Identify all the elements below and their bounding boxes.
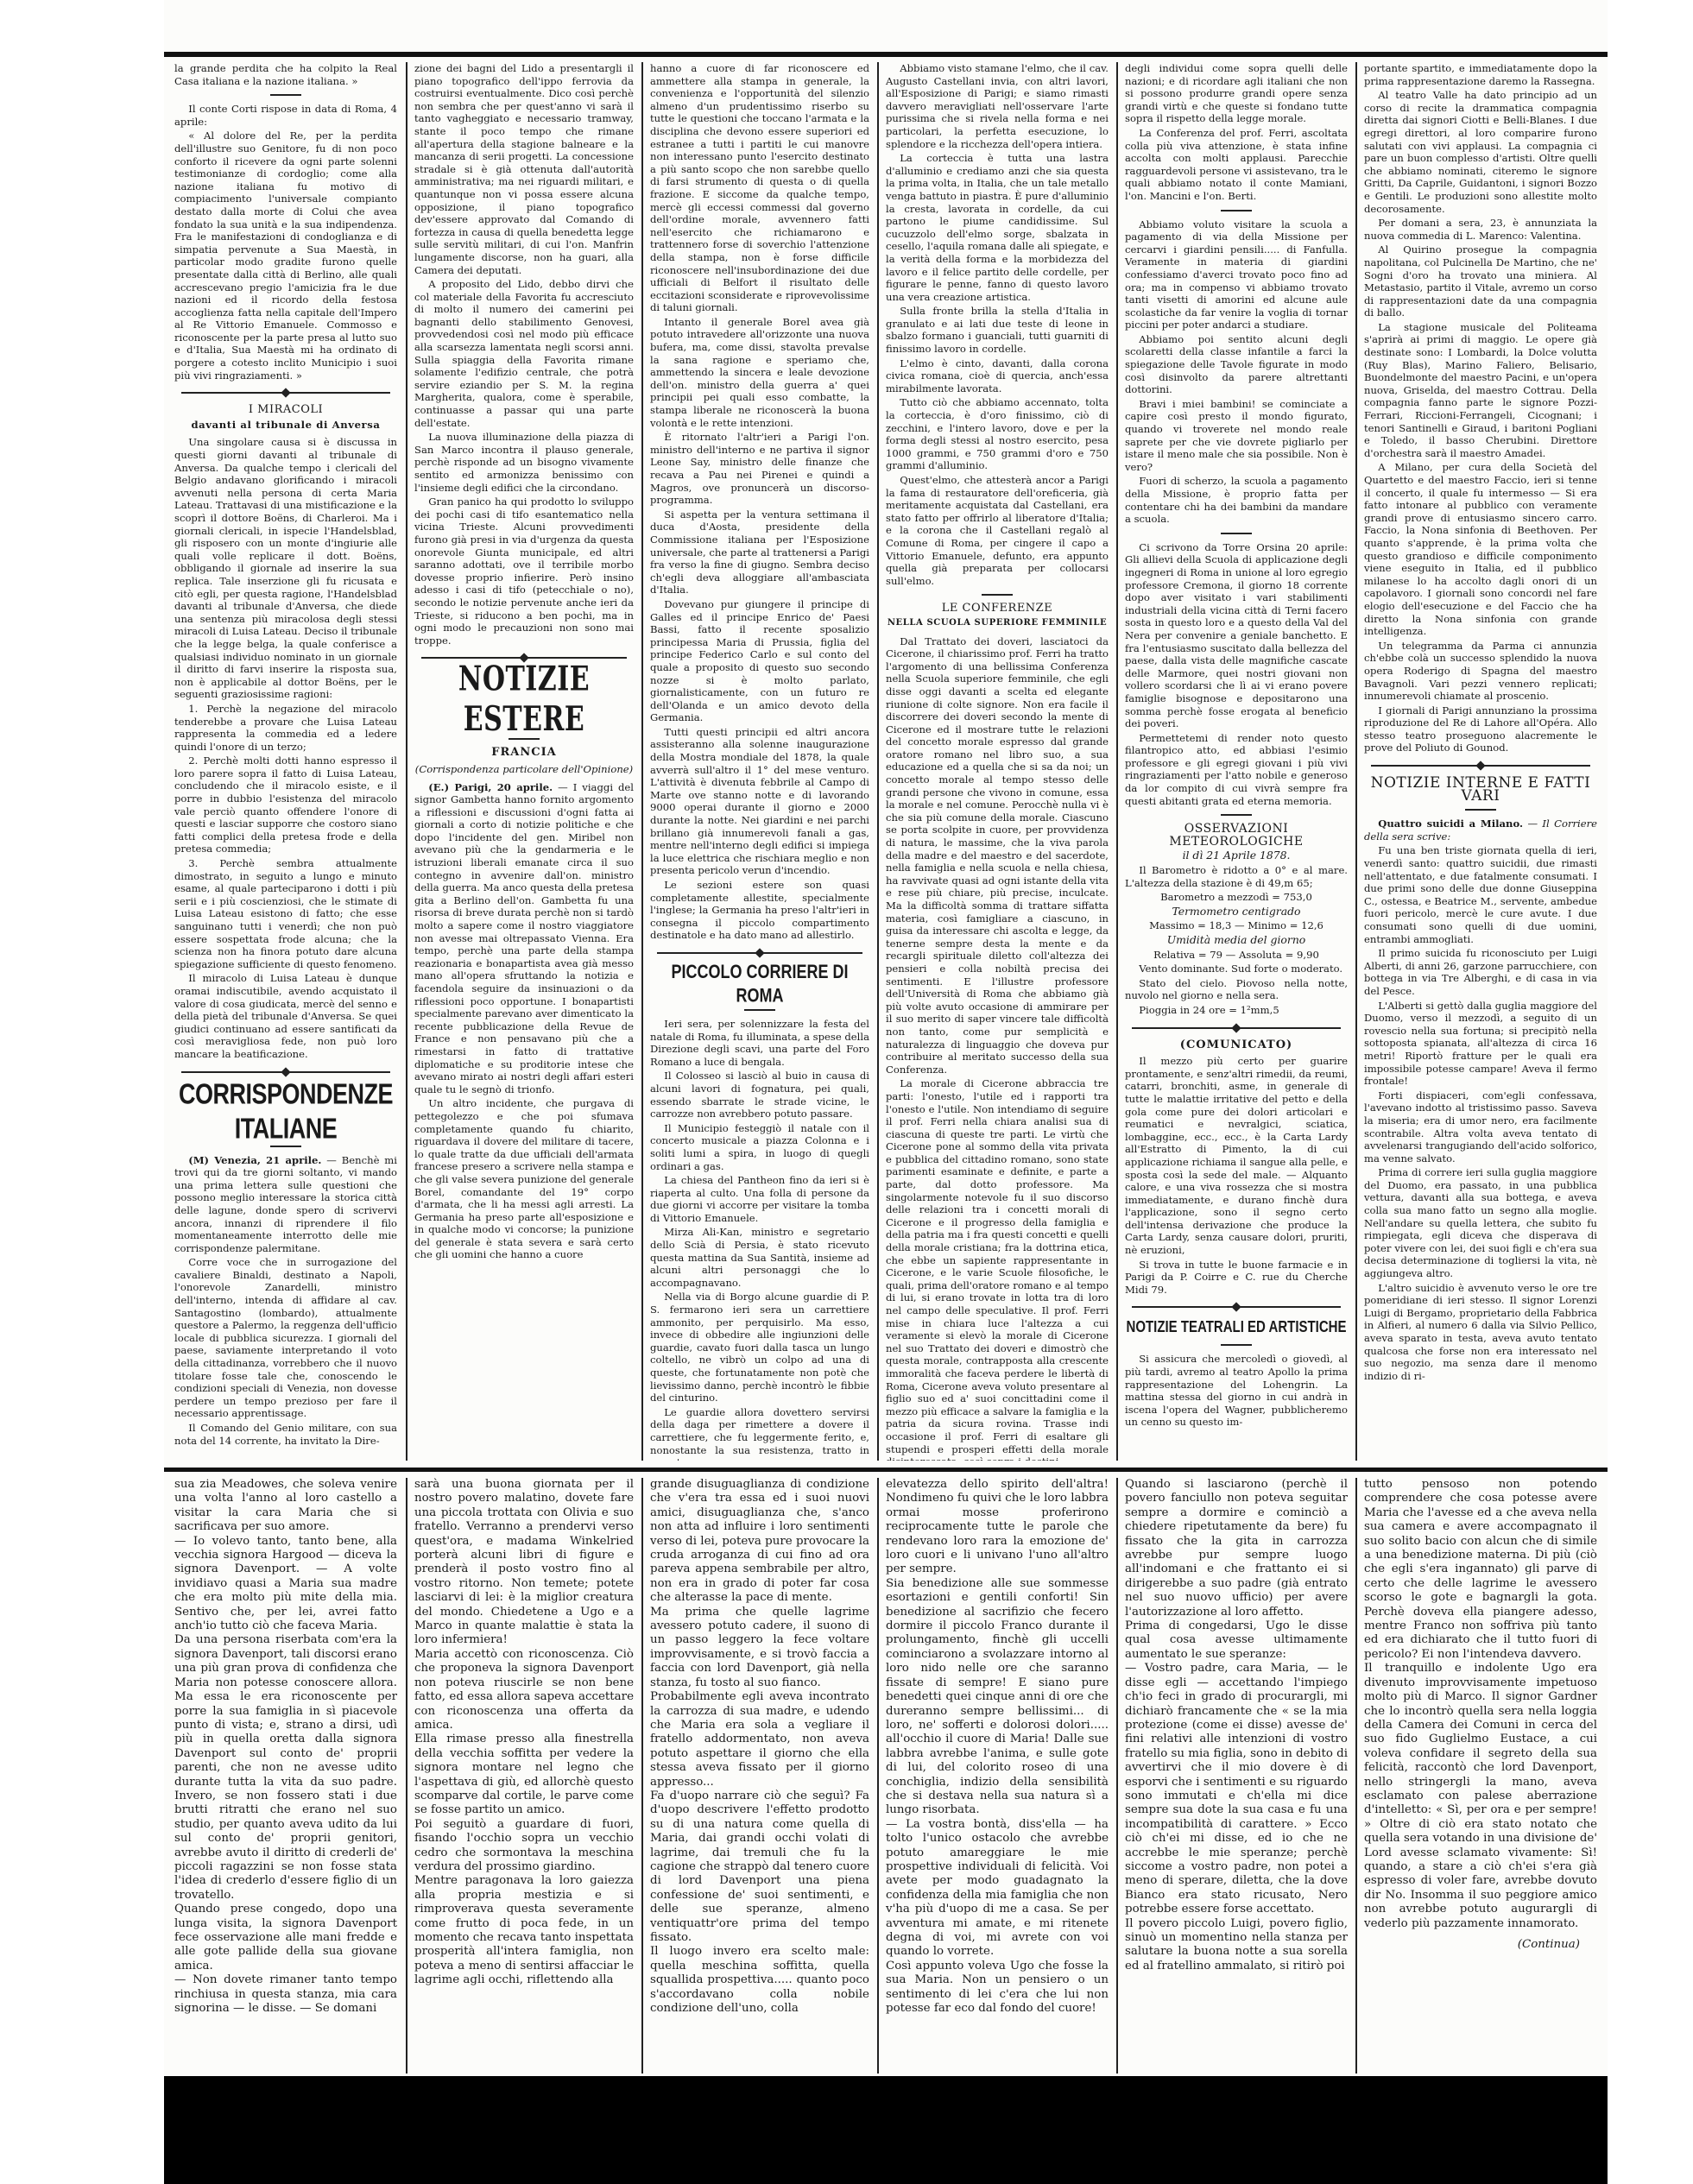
article-text: Al teatro Valle ha dato principio ad un … xyxy=(1364,89,1597,215)
article-text: Fu una ben triste giornata quella di ier… xyxy=(1364,844,1597,945)
article-text: Mirza Ali-Kan, ministro e segretario del… xyxy=(650,1226,869,1289)
meteo-wind: Vento dominante. Sud forte o moderato. xyxy=(1125,963,1348,975)
separator xyxy=(270,94,301,96)
column-4: Abbiamo visto stamane l'elmo, che il cav… xyxy=(881,62,1114,1461)
separator xyxy=(1465,809,1496,811)
article-quote: « Al dolore del Re, per la perdita dell'… xyxy=(174,129,397,382)
section-heading: I MIRACOLI xyxy=(174,404,397,417)
article-text: Gran panico ha qui prodotto lo sviluppo … xyxy=(414,496,634,647)
section-heading: NOTIZIE INTERNE E FATTI VARI xyxy=(1364,777,1597,802)
section-divider xyxy=(1132,1306,1341,1308)
article-text: Si assicura che mercoledì o giovedì, al … xyxy=(1125,1353,1348,1429)
meteo-subheading: Termometro centigrado xyxy=(1125,906,1348,918)
newspaper-page: la grande perdita che ha colpito la Real… xyxy=(164,0,1608,2184)
article-text: Quest'elmo, che attesterà ancor a Parigi… xyxy=(886,474,1109,587)
article-text: Il conte Corti rispose in data di Roma, … xyxy=(174,103,397,128)
article-text: Le guardie allora dovettero servirsi del… xyxy=(650,1406,869,1461)
meteo-date: il dì 21 Aprile 1878. xyxy=(1125,849,1348,862)
article-text: La Conferenza del prof. Ferri, ascoltata… xyxy=(1125,127,1348,203)
article-text: Abbiamo visto stamane l'elmo, che il cav… xyxy=(886,62,1109,150)
article-text: Si aspetta per la ventura settimana il d… xyxy=(650,508,869,596)
column-5: degli individui come sopra quelli delle … xyxy=(1120,62,1353,1461)
article-text: zione dei bagni del Lido a presentargli … xyxy=(414,62,634,276)
section-divider xyxy=(657,952,862,954)
section-divider xyxy=(181,392,390,394)
scan-border xyxy=(164,2076,1608,2184)
section-divider xyxy=(181,1071,390,1073)
article-text: La stagione musicale del Politeama s'apr… xyxy=(1364,321,1597,460)
feuilleton-rule xyxy=(164,1468,1608,1472)
news-headline: Quattro suicidi a Milano. xyxy=(1378,817,1523,830)
dateline: (M) Venezia, 21 aprile. xyxy=(188,1154,321,1166)
separator xyxy=(744,1009,775,1011)
correspondence-credit: (Corrispondenza particolare dell'Opinion… xyxy=(414,763,634,776)
separator xyxy=(1221,1344,1252,1346)
separator xyxy=(1221,210,1252,211)
article-text: Il miracolo di Luisa Lateau è dunque ora… xyxy=(174,972,397,1060)
article-text: La chiesa del Pantheon fino da ieri si è… xyxy=(650,1174,869,1224)
column-1: la grande perdita che ha colpito la Real… xyxy=(169,62,402,1461)
column-rule xyxy=(406,62,407,1461)
meteo-text: Il Barometro è ridotto a 0° e al mare. L… xyxy=(1125,864,1348,889)
article-text: Fuori di scherzo, la scuola a pagamento … xyxy=(1125,475,1348,525)
article-text: È ritornato l'altr'ieri a Parigi l'on. m… xyxy=(650,431,869,507)
article-text: Si trova in tutte le buone farmacie e in… xyxy=(1125,1259,1348,1297)
section-heading: CORRISPONDENZE ITALIANE xyxy=(174,1076,397,1146)
article-text: hanno a cuore di far riconoscere ed amme… xyxy=(650,62,869,314)
section-heading: NOTIZIE ESTERE xyxy=(414,660,634,742)
article-text: Una singolare causa si è discussa in que… xyxy=(174,436,397,700)
column-rule xyxy=(1355,1478,1357,2074)
article-text: Il primo suicida fu riconosciuto per Lui… xyxy=(1364,947,1597,997)
separator xyxy=(982,594,1013,596)
column-rule xyxy=(406,1478,407,2074)
article-text: Dovevano pur giungere il principe di Gal… xyxy=(650,598,869,724)
column-6: portante spartito, e immediatamente dopo… xyxy=(1359,62,1602,1461)
article-text: Sulla fronte brilla la stella d'Italia i… xyxy=(886,305,1109,355)
article-text: Nella via di Borgo alcune guardie di P. … xyxy=(650,1291,869,1404)
article-text: portante spartito, e immediatamente dopo… xyxy=(1364,62,1597,87)
feuilleton-column-6: tutto pensoso non potendo comprendere ch… xyxy=(1359,1478,1602,2074)
article-text: degli individui come sopra quelli delle … xyxy=(1125,62,1348,125)
separator xyxy=(1221,814,1252,816)
column-2: zione dei bagni del Lido a presentargli … xyxy=(409,62,639,1461)
article-text: 2. Perchè molti dotti hanno espresso il … xyxy=(174,754,397,855)
article-text: Il Colosseo si lasciò al buio in causa d… xyxy=(650,1070,869,1120)
section-heading: (COMUNICATO) xyxy=(1125,1039,1348,1052)
article-text: Ieri sera, per solennizzare la festa del… xyxy=(650,1018,869,1068)
meteo-barometer: Barometro a mezzodì = 753,0 xyxy=(1125,891,1348,904)
article-text: Il Comando del Genio militare, con sua n… xyxy=(174,1422,397,1447)
article-text: Le sezioni estere son quasi completament… xyxy=(650,879,869,942)
section-divider xyxy=(1371,765,1590,767)
section-heading: OSSERVAZIONI METEOROLOGICHE xyxy=(1125,823,1348,848)
feuilleton-column-4: elevatezza dello spirito dell'altra! Non… xyxy=(881,1478,1114,2074)
column-rule xyxy=(877,1478,879,2074)
article-text: Corre voce che in surrogazione del caval… xyxy=(174,1256,397,1420)
separator xyxy=(1221,533,1252,534)
article-text: Forti dispiaceri, com'egli confessava, l… xyxy=(1364,1089,1597,1165)
feuilleton-text: tutto pensoso non potendo comprendere ch… xyxy=(1364,1478,1597,1931)
article-text: Abbiamo voluto visitare la scuola a paga… xyxy=(1125,218,1348,331)
article-text: La corteccia è tutta una lastra d'allumi… xyxy=(886,152,1109,303)
top-rule xyxy=(164,52,1608,57)
article-text: Bravi i miei bambini! se cominciate a ca… xyxy=(1125,398,1348,474)
section-subheading: FRANCIA xyxy=(414,747,634,760)
article-text: La morale di Cicerone abbraccia tre part… xyxy=(886,1077,1109,1461)
dateline: (E.) Parigi, 20 aprile. xyxy=(428,781,553,793)
section-divider xyxy=(1132,1027,1341,1029)
feuilleton-column-1: sua zia Meadowes, che soleva venire una … xyxy=(169,1478,402,2074)
column-rule xyxy=(641,62,643,1461)
meteo-sky: Stato del cielo. Piovoso nella notte, nu… xyxy=(1125,977,1348,1002)
article-text: A proposito del Lido, debbo dirvi che co… xyxy=(414,278,634,429)
meteo-temperature: Massimo = 18,3 — Minimo = 12,6 xyxy=(1125,919,1348,932)
article-text: 1. Perchè la negazione del miracolo tend… xyxy=(174,703,397,753)
article-text: I giornali di Parigi annunziano la pross… xyxy=(1364,704,1597,754)
meteo-rain: Pioggia in 24 ore = 1²mm,5 xyxy=(1125,1004,1348,1017)
column-rule xyxy=(877,62,879,1461)
article-text: Il Municipio festeggiò il natale con il … xyxy=(650,1122,869,1172)
section-heading: PICCOLO CORRIERE DI ROMA xyxy=(650,959,869,1007)
article-text: L'elmo è cinto, davanti, dalla corona ci… xyxy=(886,357,1109,395)
article-text: la grande perdita che ha colpito la Real… xyxy=(174,62,397,87)
column-rule xyxy=(1116,62,1118,1461)
article-text: Tutti questi principii ed altri ancora a… xyxy=(650,726,869,877)
meteo-subheading: Umidità media del giorno xyxy=(1125,934,1348,947)
article-text: L'Alberti si gettò dalla guglia maggiore… xyxy=(1364,1000,1597,1088)
article-text: Permettetemi di render noto questo filan… xyxy=(1125,732,1348,808)
feuilleton-column-2: sarà una buona giornata per il nostro po… xyxy=(409,1478,639,2074)
article-text: Il mezzo più certo per guarire prontamen… xyxy=(1125,1055,1348,1257)
section-subheading: davanti al tribunale di Anversa xyxy=(174,419,397,432)
column-rule xyxy=(1116,1478,1118,2074)
article-text: Quattro suicidi a Milano. — Il Corriere … xyxy=(1364,817,1597,843)
continued-marker: (Continua) xyxy=(1364,1938,1597,1952)
article-text: Ci scrivono da Torre Orsina 20 aprile: G… xyxy=(1125,541,1348,730)
column-rule xyxy=(641,1478,643,2074)
article-text: Tutto ciò che abbiamo accennato, tolta l… xyxy=(886,396,1109,472)
section-divider xyxy=(421,657,627,659)
feuilleton-column-5: Quando si lasciarono (perchè il povero f… xyxy=(1120,1478,1353,2074)
feuilleton-column-3: grande disuguaglianza di condizione che … xyxy=(645,1478,875,2074)
article-text: Intanto il generale Borel avea già potut… xyxy=(650,316,869,429)
article-text: La nuova illuminazione della piazza di S… xyxy=(414,431,634,494)
article-text: (E.) Parigi, 20 aprile. — I viaggi del s… xyxy=(414,781,634,1096)
article-text: Un telegramma da Parma ci annunzia ch'eb… xyxy=(1364,640,1597,703)
section-heading: NOTIZIE TEATRALI ED ARTISTICHE xyxy=(1125,1316,1348,1341)
article-text: A Milano, per cura della Società del Qua… xyxy=(1364,461,1597,637)
column-3: hanno a cuore di far riconoscere ed amme… xyxy=(645,62,875,1461)
article-text: (M) Venezia, 21 aprile. — Benchè mi trov… xyxy=(174,1154,397,1255)
section-heading: LE CONFERENZE xyxy=(886,603,1109,615)
article-text: 3. Perchè sembra attualmente dimostrato,… xyxy=(174,857,397,970)
article-text: Prima di correre ieri sulla guglia maggi… xyxy=(1364,1166,1597,1279)
article-text: Un altro incidente, che purgava di pette… xyxy=(414,1097,634,1261)
column-rule xyxy=(1355,62,1357,1461)
article-text: Abbiamo poi sentito alcuni degli scolare… xyxy=(1125,333,1348,396)
article-text: L'altro suicidio è avvenuto verso le ore… xyxy=(1364,1282,1597,1383)
meteo-humidity: Relativa = 79 — Assoluta = 9,90 xyxy=(1125,949,1348,962)
article-text: Dal Trattato dei doveri, lasciatoci da C… xyxy=(886,635,1109,1076)
article-text: Per domani a sera, 23, è annunziata la n… xyxy=(1364,217,1597,242)
section-subheading: NELLA SCUOLA SUPERIORE FEMMINILE xyxy=(886,617,1109,630)
article-text: Al Quirino prosegue la compagnia napolit… xyxy=(1364,243,1597,319)
